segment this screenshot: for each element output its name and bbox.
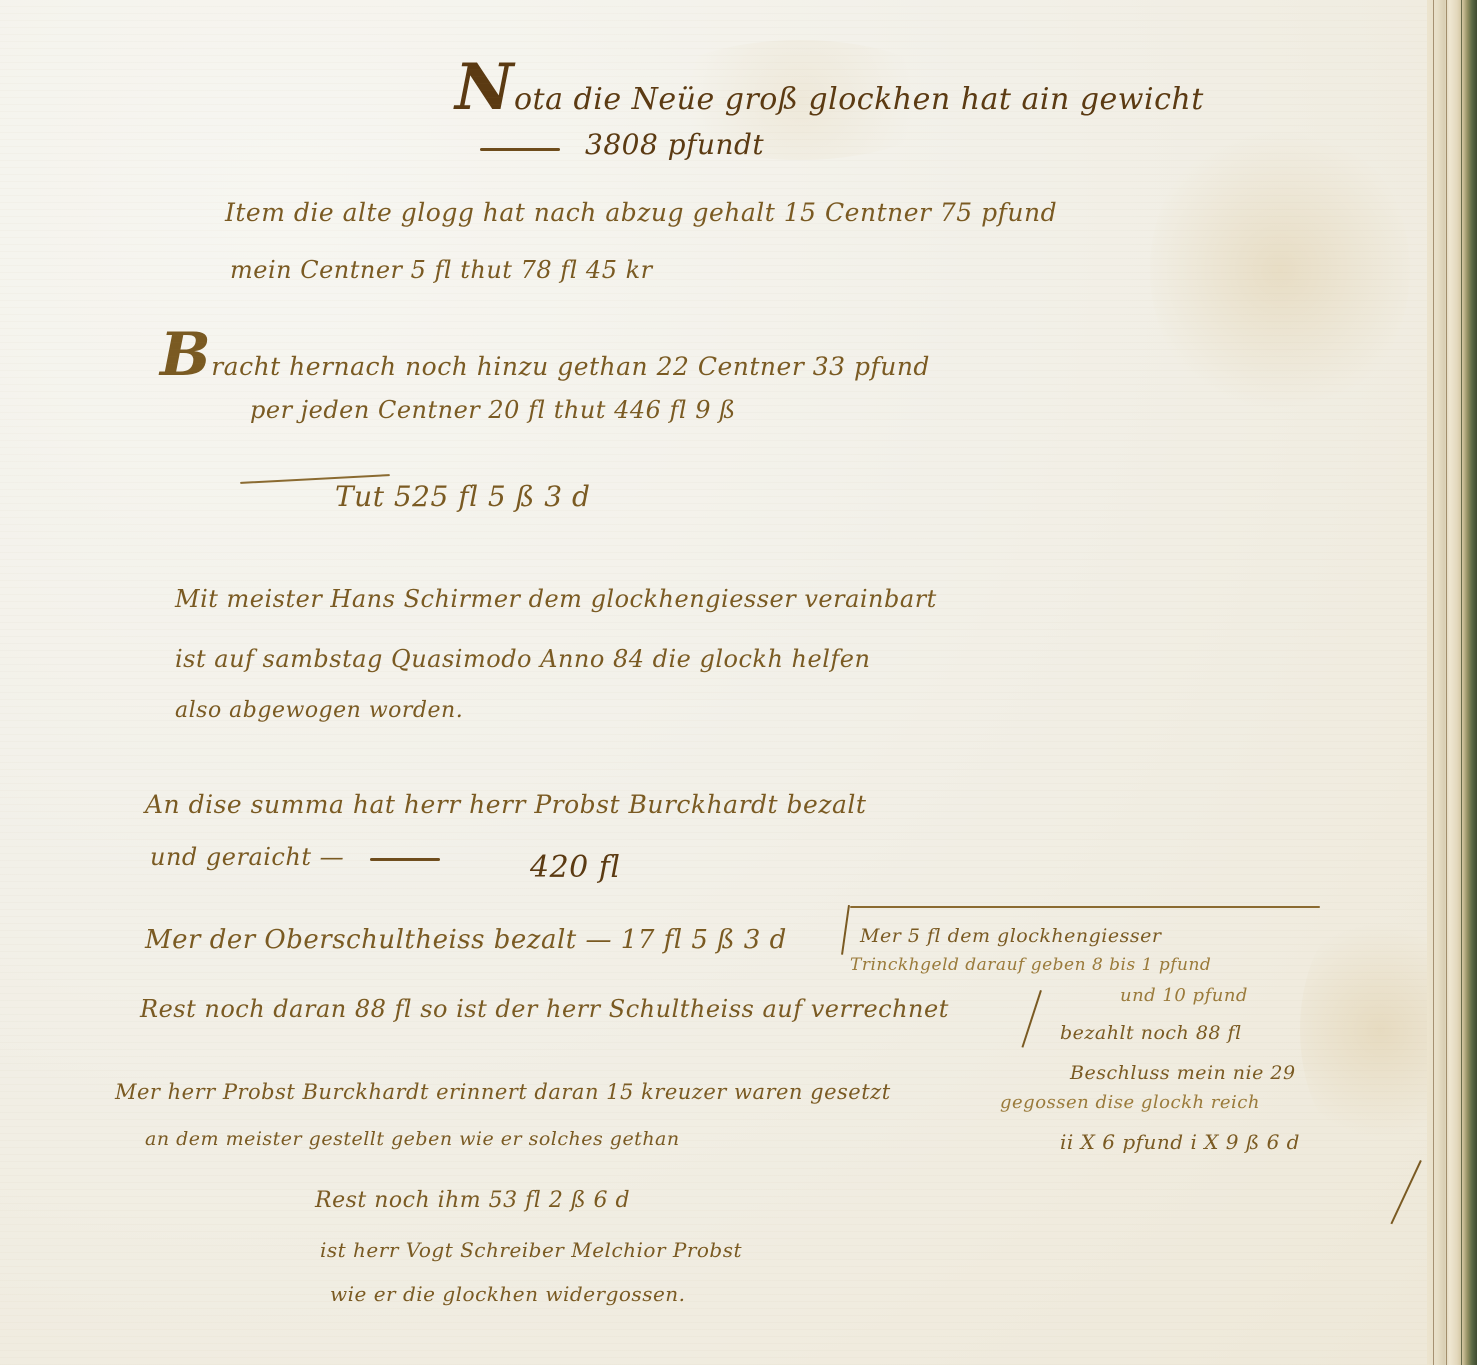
- entry-line: Rest noch daran 88 fl so ist der herr Sc…: [140, 995, 949, 1023]
- entry-line: an dem meister gestellt geben wie er sol…: [145, 1128, 680, 1150]
- entry-heading-nota: Nota die Neüe groß glockhen hat ain gewi…: [455, 50, 1204, 125]
- entry-line: Mer der Oberschultheiss bezalt — 17 fl 5…: [145, 925, 787, 955]
- entry-line: Rest noch ihm 53 fl 2 ß 6 d: [315, 1188, 630, 1213]
- entry-line: also abgewogen worden.: [175, 698, 463, 723]
- page-edge-stack: [1427, 0, 1477, 1365]
- margin-note-line: und 10 pfund: [1120, 985, 1248, 1006]
- entry-line: Mit meister Hans Schirmer dem glockhengi…: [175, 585, 937, 613]
- dash-rule: [480, 148, 560, 151]
- margin-note-line: bezahlt noch 88 fl: [1060, 1022, 1242, 1044]
- margin-note-line: Trinckhgeld darauf geben 8 bis 1 pfund: [850, 955, 1211, 975]
- entry-line: mein Centner 5 fl thut 78 fl 45 kr: [230, 256, 653, 284]
- margin-note-bracket: [841, 905, 850, 955]
- page-edge-line: [1446, 0, 1447, 1365]
- manuscript-page: Nota die Neüe groß glockhen hat ain gewi…: [0, 0, 1430, 1365]
- page-edge-line: [1461, 0, 1462, 1365]
- entry-line: ota die Neüe groß glockhen hat ain gewic…: [514, 82, 1204, 117]
- margin-note-divider: [1021, 990, 1041, 1048]
- margin-note-flourish: [1390, 1160, 1421, 1224]
- dash-rule: [370, 858, 440, 861]
- page-edge-line: [1433, 0, 1434, 1365]
- initial-letter: N: [455, 50, 514, 125]
- entry-line: per jeden Centner 20 fl thut 446 fl 9 ß: [250, 396, 736, 424]
- entry-line: ist auf sambstag Quasimodo Anno 84 die g…: [175, 645, 870, 673]
- entry-bracht: Bracht hernach noch hinzu gethan 22 Cent…: [160, 320, 930, 390]
- entry-line: und geraicht —: [150, 843, 344, 871]
- margin-note-line: gegossen dise glockh reich: [1000, 1092, 1260, 1113]
- entry-line: Item die alte glogg hat nach abzug gehal…: [225, 198, 1057, 227]
- initial-letter: B: [160, 320, 211, 390]
- entry-line: racht hernach noch hinzu gethan 22 Centn…: [211, 352, 930, 381]
- entry-line: Mer herr Probst Burckhardt erinnert dara…: [115, 1080, 891, 1104]
- paper-stain: [1150, 120, 1410, 420]
- margin-note-top-rule: [850, 906, 1320, 908]
- entry-line: An dise summa hat herr herr Probst Burck…: [145, 790, 866, 819]
- margin-note-line: Beschluss mein nie 29: [1070, 1062, 1296, 1084]
- entry-line: wie er die glockhen widergossen.: [330, 1282, 686, 1306]
- margin-note-line: Mer 5 fl dem glockhengiesser: [860, 925, 1161, 947]
- margin-note-line: ii X 6 pfund i X 9 ß 6 d: [1060, 1130, 1300, 1154]
- amount-line: 420 fl: [530, 850, 621, 885]
- total-line: Tut 525 fl 5 ß 3 d: [335, 480, 590, 513]
- entry-line: 3808 pfundt: [585, 128, 764, 161]
- entry-line: ist herr Vogt Schreiber Melchior Probst: [320, 1238, 742, 1262]
